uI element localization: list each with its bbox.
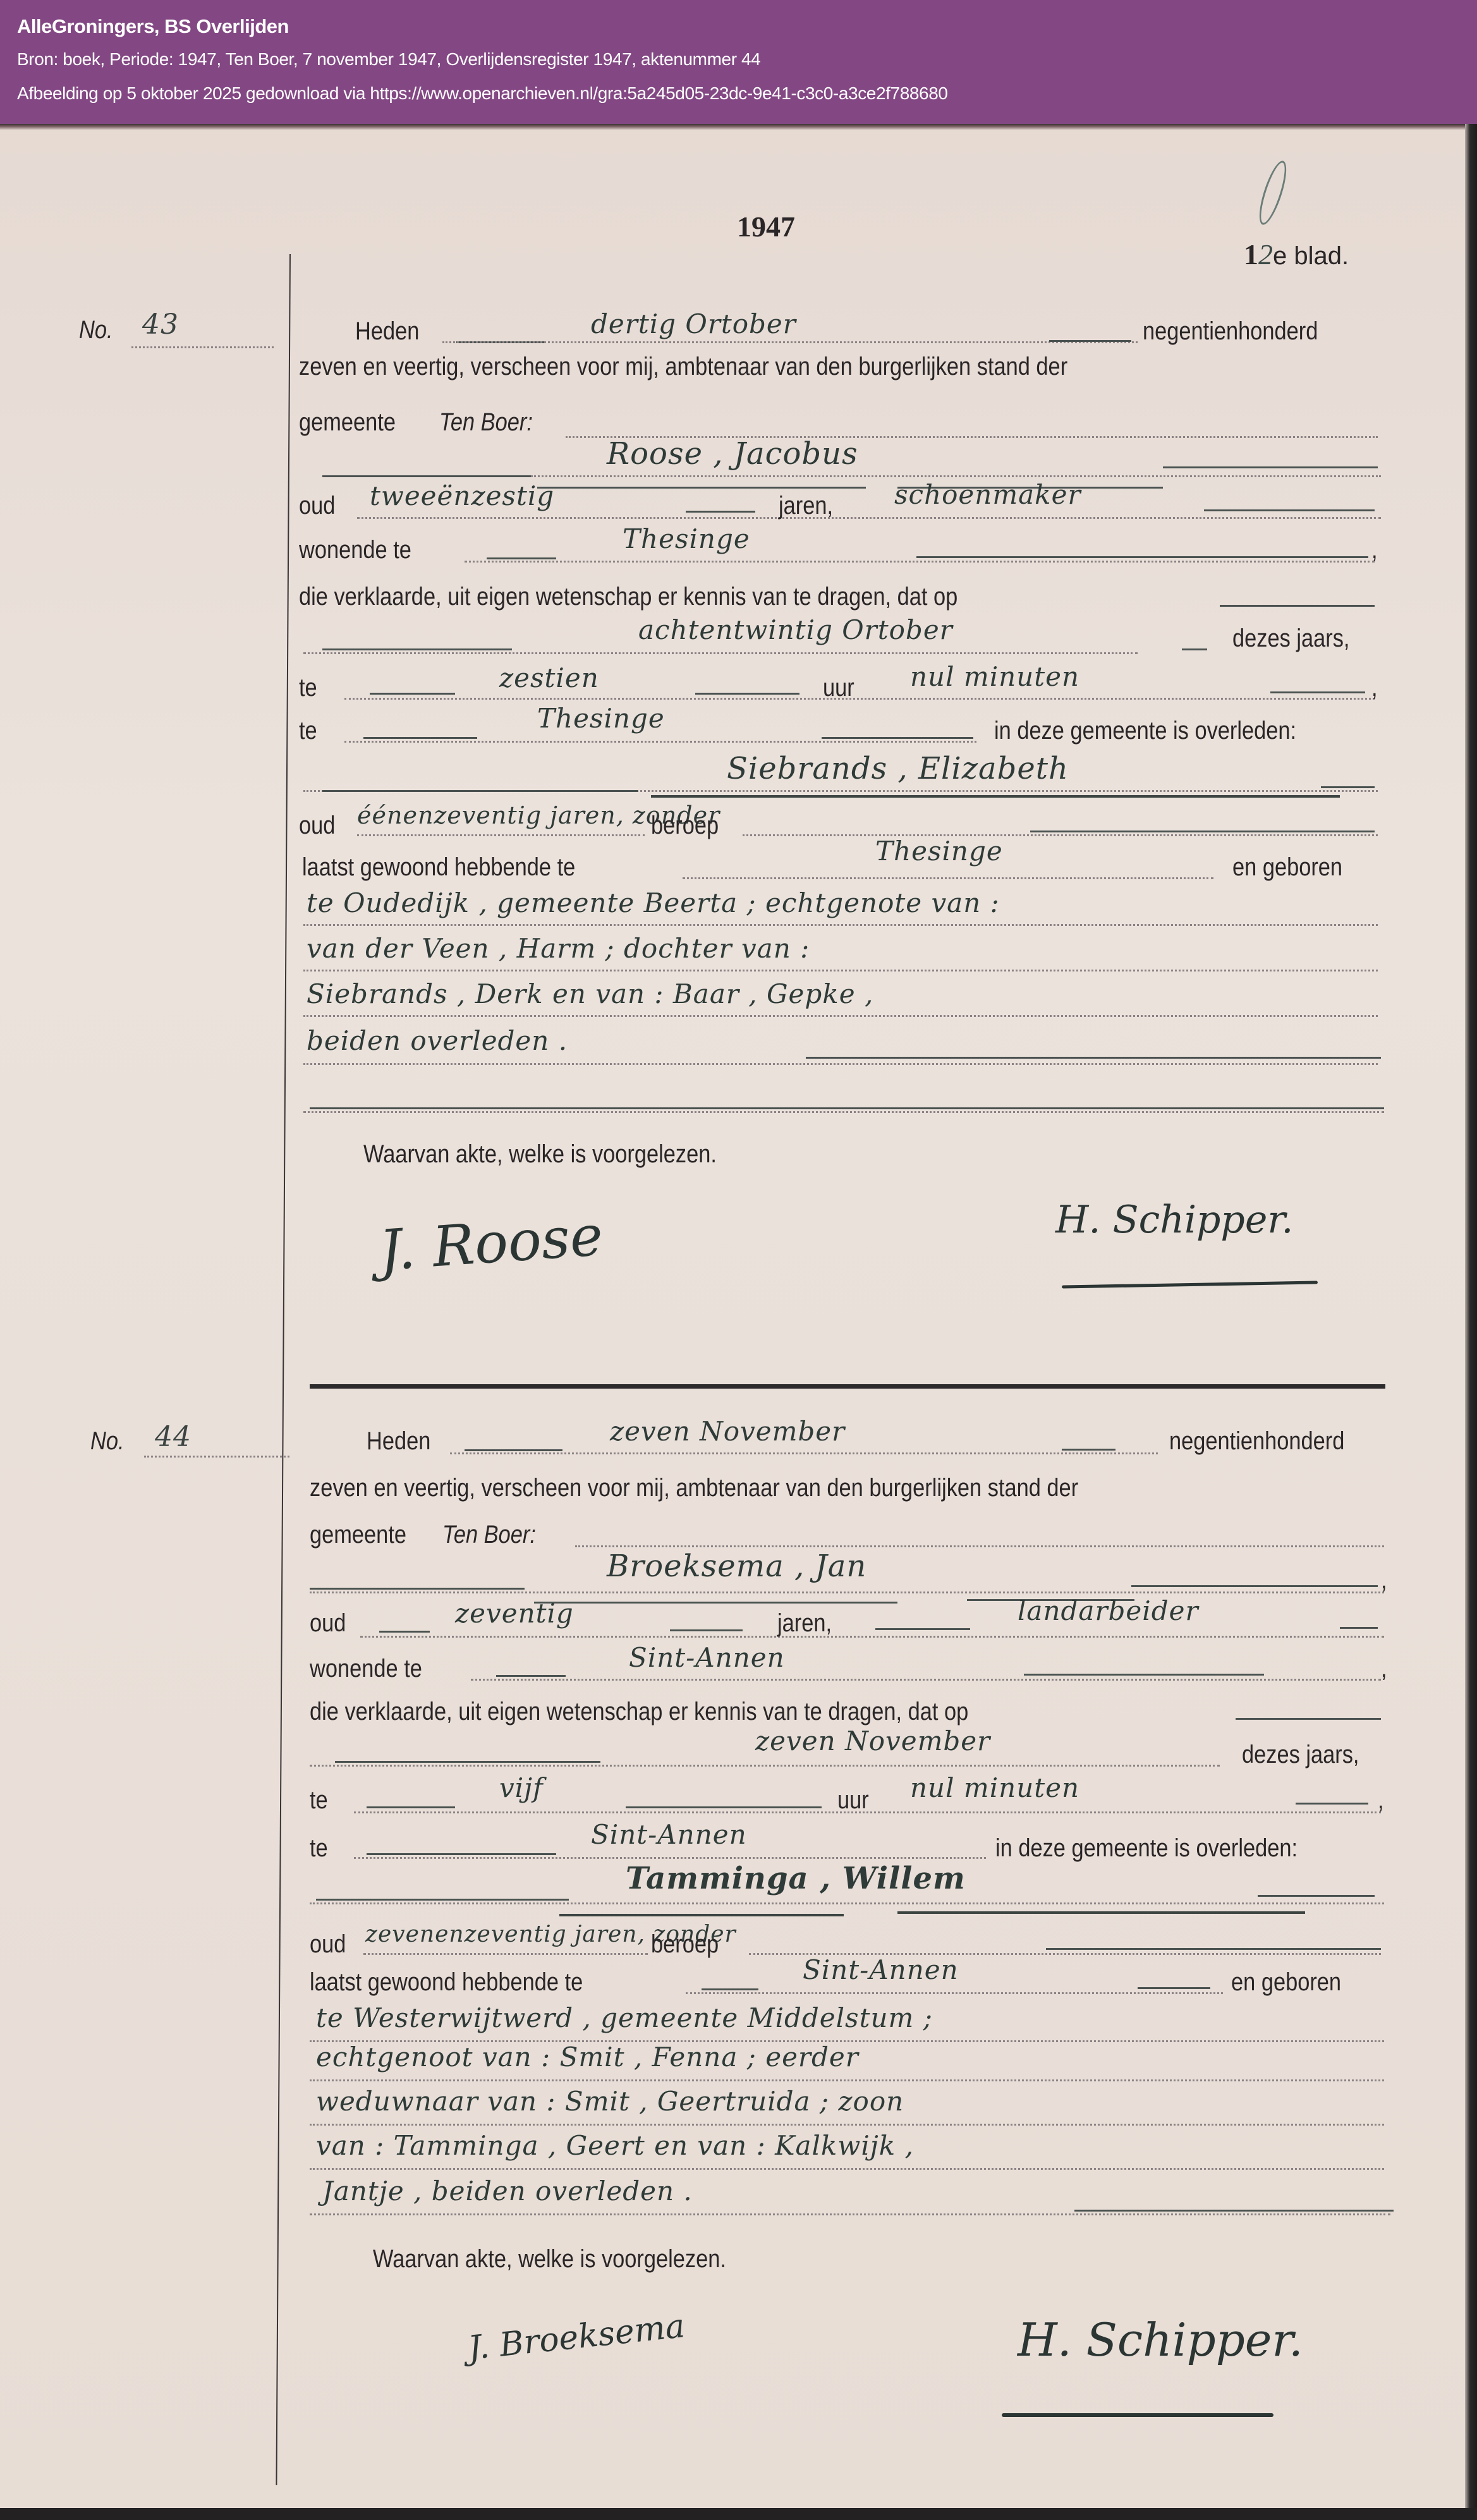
die-verklaarde-label: die verklaarde, uit eigen wetenschap er …	[310, 1698, 968, 1726]
page-right-edge	[1465, 124, 1477, 2520]
record-no-label: No.	[79, 316, 113, 344]
declarant-age: tweeënzestig	[370, 480, 554, 511]
oud-label: oud	[310, 1930, 346, 1959]
deceased-name: Siebrands , Elizabeth	[727, 751, 1069, 786]
fill-dash	[626, 1806, 822, 1808]
name-underline	[537, 487, 866, 489]
folio-digit-printed: 1	[1244, 238, 1258, 271]
dotted-line	[743, 834, 1378, 836]
dotted-line	[354, 1857, 986, 1859]
oud-label: oud	[310, 1609, 346, 1638]
fill-dash	[367, 1806, 455, 1808]
form-line-2: zeven en veertig, verscheen voor mij, am…	[299, 353, 1386, 381]
birth-line-3: weduwnaar van : Smit , Geertruida ; zoon	[316, 2086, 904, 2117]
te-label: te	[299, 674, 317, 702]
jaren-label: jaren,	[777, 1609, 832, 1638]
uur-label: uur	[837, 1786, 869, 1815]
fill-dash	[1321, 786, 1375, 788]
dotted-line	[344, 741, 976, 743]
form-line-2: zeven en veertig, verscheen voor mij, am…	[310, 1474, 1397, 1502]
fill-dash	[487, 557, 556, 559]
dotted-line	[131, 346, 274, 348]
declarant-name: Broeksema , Jan	[607, 1549, 866, 1584]
fill-dash	[322, 475, 531, 477]
death-minutes: nul minuten	[910, 661, 1079, 692]
signature-official: H. Schipper.	[1018, 2313, 1303, 2366]
dotted-line	[575, 1545, 1384, 1547]
laatst-gewoond-label: laatst gewoond hebbende te	[302, 853, 575, 882]
fill-dash	[686, 511, 755, 513]
folio-number: 12e blad.	[1244, 238, 1349, 271]
dotted-line	[310, 2168, 1384, 2170]
dotted-line	[310, 1902, 1384, 1904]
fill-dash	[363, 737, 477, 739]
oud-label: oud	[299, 492, 335, 520]
fill-dash	[322, 790, 638, 792]
dotted-line	[344, 698, 1375, 700]
comma: ,	[1381, 1655, 1387, 1683]
declarant-name: Roose , Jacobus	[607, 436, 858, 472]
dotted-line	[310, 1592, 1384, 1593]
record-number: 44	[155, 1421, 191, 1453]
banner-download-line: Afbeelding op 5 oktober 2025 gedownload …	[17, 83, 948, 104]
dotted-line	[531, 475, 1381, 477]
uur-label: uur	[823, 674, 854, 702]
death-place: Sint-Annen	[591, 1819, 747, 1850]
fill-dash	[702, 1988, 758, 1990]
source-banner: AlleGroningers, BS Overlijden Bron: boek…	[0, 0, 1477, 124]
declarant-residence: Thesinge	[623, 523, 750, 554]
dezes-jaars-label: dezes jaars,	[1242, 1741, 1359, 1769]
death-record-date: dertig Ortober	[591, 308, 796, 339]
fill-dash	[1138, 1987, 1210, 1989]
fill-dash	[367, 1853, 556, 1855]
fill-dash	[806, 1057, 1381, 1059]
fill-dash	[465, 1449, 562, 1451]
deceased-name: Tamminga , Willem	[626, 1861, 966, 1896]
fill-dash	[370, 693, 455, 695]
fill-dash	[310, 1107, 1384, 1109]
en-geboren-label: en geboren	[1231, 1968, 1341, 1997]
fill-dash	[496, 1675, 566, 1677]
fill-dash	[822, 737, 973, 739]
comma: ,	[1378, 1786, 1384, 1815]
heden-label: Heden	[367, 1427, 430, 1456]
in-deze-gemeente-label: in deze gemeente is overleden:	[994, 717, 1296, 745]
dotted-line	[303, 1015, 1378, 1017]
heden-label: Heden	[355, 317, 419, 346]
fill-dash	[1074, 2210, 1394, 2212]
in-deze-gemeente-label: in deze gemeente is overleden:	[995, 1834, 1298, 1863]
dotted-line	[144, 1456, 289, 1458]
birth-line-5: Jantje , beiden overleden .	[322, 2176, 693, 2207]
fill-dash	[1182, 648, 1207, 650]
signature-underline	[1002, 2413, 1273, 2417]
die-verklaarde-label: die verklaarde, uit eigen wetenschap er …	[299, 583, 957, 611]
page-top-edge	[0, 124, 1477, 130]
register-year: 1947	[737, 210, 795, 243]
beroep-label: beroep	[651, 1930, 719, 1959]
death-hour: zestien	[499, 662, 599, 693]
dotted-line	[357, 834, 645, 836]
comma: ,	[1381, 1566, 1387, 1595]
comma: ,	[1371, 674, 1378, 702]
fill-dash	[1062, 1449, 1115, 1451]
negentienhonderd-label: negentienhonderd	[1143, 317, 1318, 346]
fill-dash	[916, 556, 1368, 558]
folio-digit-written: 2	[1258, 238, 1273, 271]
dotted-line	[310, 2213, 1390, 2215]
fill-dash	[1296, 1803, 1368, 1805]
fill-dash	[1024, 1674, 1264, 1676]
te-label: te	[299, 717, 317, 745]
dotted-line	[360, 1636, 1384, 1638]
banner-source-line: Bron: boek, Periode: 1947, Ten Boer, 7 n…	[17, 49, 760, 70]
fill-dash	[1030, 831, 1375, 832]
fill-dash	[322, 648, 512, 650]
name-underline	[897, 1911, 1305, 1914]
fill-dash	[1131, 1585, 1378, 1587]
wonende-te-label: wonende te	[299, 536, 411, 564]
name-underline	[559, 1914, 844, 1916]
dotted-line	[471, 1679, 1381, 1681]
name-underline	[534, 1602, 897, 1604]
banner-title: AlleGroningers, BS Overlijden	[17, 15, 289, 38]
dotted-line	[465, 561, 1375, 563]
waarvan-akte-label: Waarvan akte, welke is voorgelezen.	[363, 1140, 717, 1169]
fill-dash	[1204, 509, 1375, 511]
birth-line-2: van der Veen , Harm ; dochter van :	[307, 933, 810, 964]
waarvan-akte-label: Waarvan akte, welke is voorgelezen.	[373, 2245, 726, 2273]
fill-dash	[1258, 1895, 1375, 1897]
record-separator	[310, 1384, 1385, 1389]
birth-line-1: te Westerwijtwerd , gemeente Middelstum …	[316, 2002, 933, 2033]
dotted-line	[310, 2124, 1384, 2126]
death-record-date: zeven November	[610, 1416, 845, 1447]
fill-dash	[1270, 691, 1365, 693]
dotted-line	[357, 517, 1381, 519]
page-bottom-edge	[0, 2508, 1477, 2520]
dotted-line	[303, 924, 1378, 926]
declarant-occupation: schoenmaker	[894, 479, 1081, 510]
folio-suffix: e blad.	[1273, 242, 1349, 270]
death-date: achtentwintig Ortober	[638, 614, 953, 645]
last-residence: Thesinge	[875, 836, 1003, 867]
last-residence: Sint-Annen	[803, 1954, 959, 1985]
gemeente-label: gemeente	[310, 1521, 406, 1549]
en-geboren-label: en geboren	[1232, 853, 1342, 882]
dezes-jaars-label: dezes jaars,	[1232, 624, 1349, 653]
wonende-te-label: wonende te	[310, 1655, 422, 1683]
birth-line-4: van : Tamminga , Geert en van : Kalkwijk…	[316, 2130, 914, 2161]
beroep-label: beroep	[651, 812, 719, 840]
dotted-line	[310, 1765, 1220, 1767]
birth-line-2: echtgenoot van : Smit , Fenna ; eerder	[316, 2042, 859, 2073]
record-no-label: No.	[90, 1427, 125, 1456]
fill-dash	[379, 1631, 430, 1633]
birth-line-4: beiden overleden .	[307, 1025, 568, 1056]
dotted-line	[450, 1452, 1158, 1454]
death-date: zeven November	[755, 1726, 990, 1756]
dotted-line	[442, 341, 1138, 343]
dotted-line	[303, 970, 1378, 971]
dotted-line	[303, 652, 1138, 654]
declarant-age: zeventig	[455, 1598, 574, 1629]
municipality-label: Ten Boer:	[442, 1521, 536, 1549]
dotted-line	[310, 2079, 1384, 2081]
jaren-label: jaren,	[779, 492, 833, 520]
dotted-line	[683, 877, 1213, 879]
fill-dash	[670, 1629, 743, 1631]
dotted-line	[686, 1992, 1223, 1994]
oud-label: oud	[299, 812, 335, 840]
birth-line-1: te Oudedijk , gemeente Beerta ; echtgeno…	[307, 887, 1000, 918]
municipality-label: Ten Boer:	[439, 408, 533, 437]
fill-dash	[310, 1588, 525, 1590]
fill-dash	[1046, 1948, 1381, 1950]
te-label: te	[310, 1786, 328, 1815]
death-minutes: nul minuten	[910, 1772, 1079, 1803]
birth-line-3: Siebrands , Derk en van : Baar , Gepke ,	[307, 978, 873, 1009]
negentienhonderd-label: negentienhonderd	[1169, 1427, 1344, 1456]
declarant-occupation: landarbeider	[1018, 1595, 1199, 1626]
dotted-line	[303, 1063, 1378, 1065]
comma: ,	[1371, 536, 1378, 564]
signature-official: H. Schipper.	[1055, 1198, 1294, 1242]
dotted-line	[363, 1953, 648, 1955]
fill-dash	[875, 1628, 970, 1630]
record-number: 43	[142, 308, 179, 341]
fill-dash	[1340, 1627, 1378, 1629]
name-underline	[651, 795, 1340, 798]
fill-dash	[335, 1761, 600, 1763]
declarant-residence: Sint-Annen	[629, 1642, 785, 1673]
fill-dash	[1220, 605, 1375, 607]
fill-dash	[1163, 466, 1378, 468]
fill-dash	[695, 693, 799, 695]
fill-dash	[1049, 340, 1131, 342]
death-place: Thesinge	[537, 703, 665, 734]
laatst-gewoond-label: laatst gewoond hebbende te	[310, 1968, 583, 1997]
death-hour: vijf	[499, 1772, 544, 1803]
gemeente-label: gemeente	[299, 408, 396, 437]
te-label: te	[310, 1834, 328, 1863]
dotted-line	[303, 1111, 1384, 1113]
fill-dash	[316, 1899, 569, 1901]
fill-dash	[1236, 1718, 1381, 1720]
